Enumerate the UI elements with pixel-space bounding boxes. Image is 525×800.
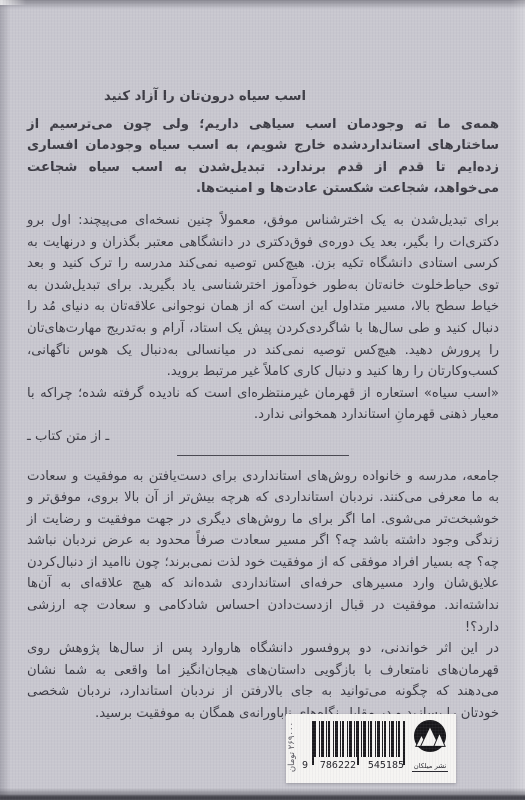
barcode-guard-right (403, 721, 405, 765)
price-isbn-label: ۲۶۹۰۰۰ تومان 9 786222 545185 نشر میلکان (286, 714, 456, 783)
section-divider (177, 455, 349, 456)
excerpt-quote: «اسب سیاه» استعاره از قهرمان غیرمنتظره‌ا… (27, 383, 499, 426)
isbn-digit-group1: 786222 (320, 760, 356, 771)
barcode-guard-middle (357, 721, 359, 765)
photo-edge-left (0, 0, 10, 800)
price-text: ۲۶۹۰۰۰ تومان (287, 718, 297, 776)
mountains-logo-icon (413, 719, 447, 753)
blurb-paragraph-2: در این اثر خواندنی، دو پروفسور دانشگاه ه… (27, 638, 499, 724)
excerpt-paragraph: برای تبدیل‌شدن به یک اخترشناس موفق، معمو… (27, 210, 499, 383)
publisher-logo: نشر میلکان (409, 719, 451, 772)
photo-corner-highlight (0, 0, 26, 5)
excerpt-attribution: ـ از متن کتاب ـ (27, 426, 499, 448)
photo-edge-top (0, 0, 525, 9)
book-back-cover: اسب سیاه درون‌تان را آزاد کنید همه‌ی ما … (0, 0, 525, 800)
photo-edge-bottom (0, 788, 525, 800)
photo-edge-right (511, 0, 525, 800)
blurb-paragraph-1: جامعه، مدرسه و خانواده روش‌های استاندارد… (27, 466, 499, 639)
book-title: اسب سیاه درون‌تان را آزاد کنید (0, 86, 441, 108)
isbn-digit-prefix: 9 (302, 760, 308, 771)
tagline-paragraph: همه‌ی ما ته وجودمان اسب سیاهی داریم؛ ولی… (27, 114, 499, 200)
publisher-name: نشر میلکان (412, 761, 449, 772)
isbn-digit-group2: 545185 (368, 760, 404, 771)
barcode-guard-left (312, 721, 314, 765)
back-cover-text: اسب سیاه درون‌تان را آزاد کنید همه‌ی ما … (27, 86, 499, 725)
isbn-digits: 9 786222 545185 (302, 760, 404, 771)
isbn-barcode: 9 786222 545185 (302, 721, 404, 776)
